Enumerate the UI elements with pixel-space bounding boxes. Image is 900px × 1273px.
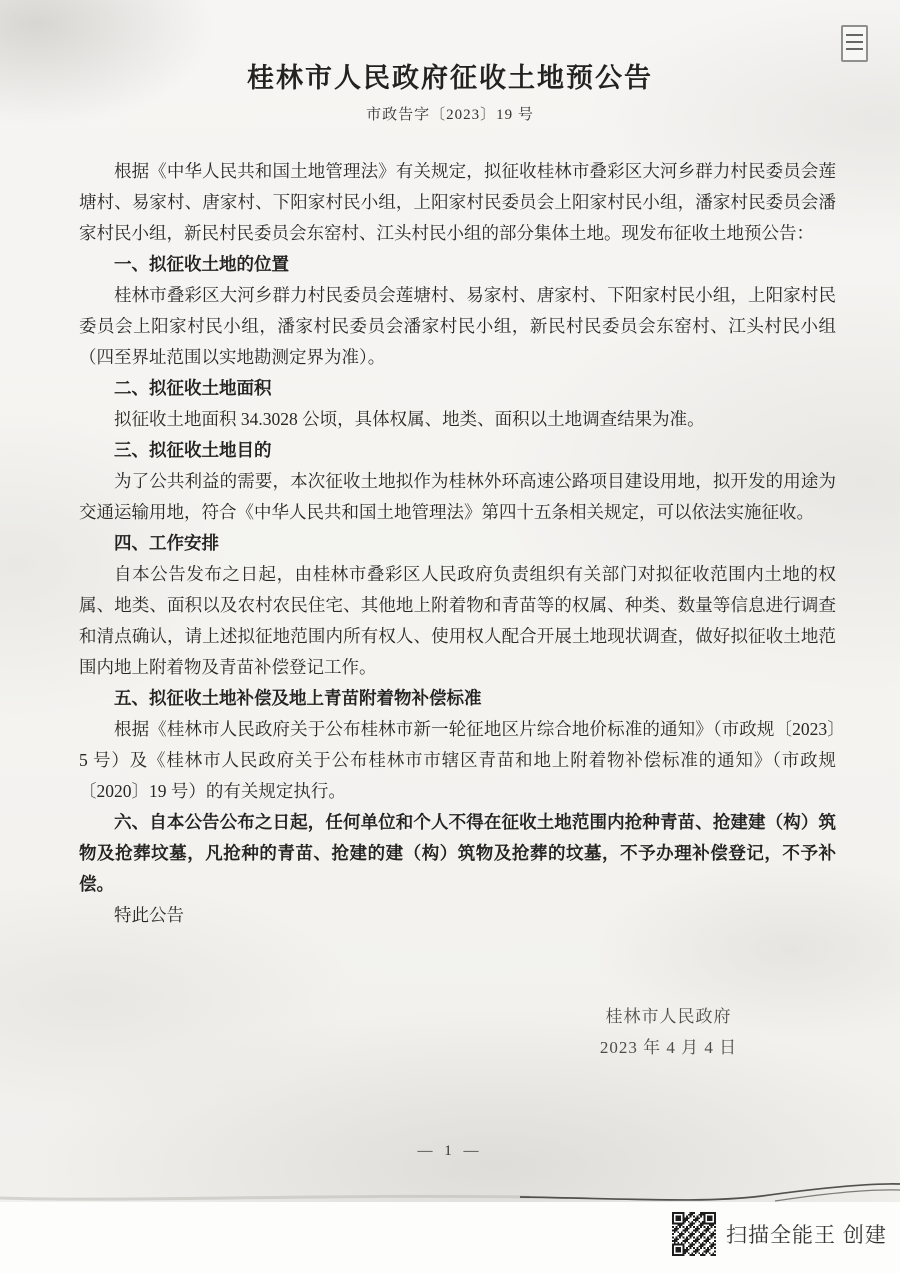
closing-statement: 特此公告	[79, 900, 836, 931]
section-5-heading: 五、拟征收土地补偿及地上青苗附着物补偿标准	[79, 683, 836, 714]
page-number: — 1 —	[0, 1143, 900, 1160]
scanned-document-page: 桂林市人民政府征收土地预公告 市政告字〔2023〕19 号 根据《中华人民共和国…	[0, 0, 900, 1202]
section-3-heading: 三、拟征收土地目的	[79, 435, 836, 466]
issuer-name: 桂林市人民政府	[566, 1001, 771, 1032]
scan-edge-line	[0, 1172, 900, 1206]
document-number: 市政告字〔2023〕19 号	[0, 103, 900, 124]
issue-date: 2023 年 4 月 4 日	[566, 1032, 771, 1063]
document-title: 桂林市人民政府征收土地预公告	[0, 56, 900, 95]
signature-block: 桂林市人民政府 2023 年 4 月 4 日	[566, 1001, 771, 1063]
section-2-heading: 二、拟征收土地面积	[79, 373, 836, 404]
intro-paragraph: 根据《中华人民共和国土地管理法》有关规定，拟征收桂林市叠彩区大河乡群力村民委员会…	[79, 156, 836, 249]
watermark-text: 扫描全能王 创建	[726, 1219, 887, 1249]
section-5-body: 根据《桂林市人民政府关于公布桂林市新一轮征地区片综合地价标准的通知》（市政规〔2…	[79, 714, 836, 807]
section-3-body: 为了公共利益的需要，本次征收土地拟作为桂林外环高速公路项目建设用地，拟开发的用途…	[79, 466, 836, 528]
section-2-body: 拟征收土地面积 34.3028 公顷，具体权属、地类、面积以土地调查结果为准。	[79, 404, 836, 435]
qr-code-icon	[672, 1212, 716, 1256]
section-6-clause: 六、自本公告公布之日起，任何单位和个人不得在征收土地范围内抢种青苗、抢建建（构）…	[79, 807, 836, 900]
section-1-heading: 一、拟征收土地的位置	[79, 249, 836, 280]
section-1-body: 桂林市叠彩区大河乡群力村民委员会莲塘村、易家村、唐家村、下阳家村民小组，上阳家村…	[79, 280, 836, 373]
section-4-heading: 四、工作安排	[79, 528, 836, 559]
document-body: 根据《中华人民共和国土地管理法》有关规定，拟征收桂林市叠彩区大河乡群力村民委员会…	[79, 156, 836, 931]
section-4-body: 自本公告发布之日起，由桂林市叠彩区人民政府负责组织有关部门对拟征收范围内土地的权…	[79, 559, 836, 683]
scanner-watermark-bar: 扫描全能王 创建	[0, 1202, 900, 1273]
